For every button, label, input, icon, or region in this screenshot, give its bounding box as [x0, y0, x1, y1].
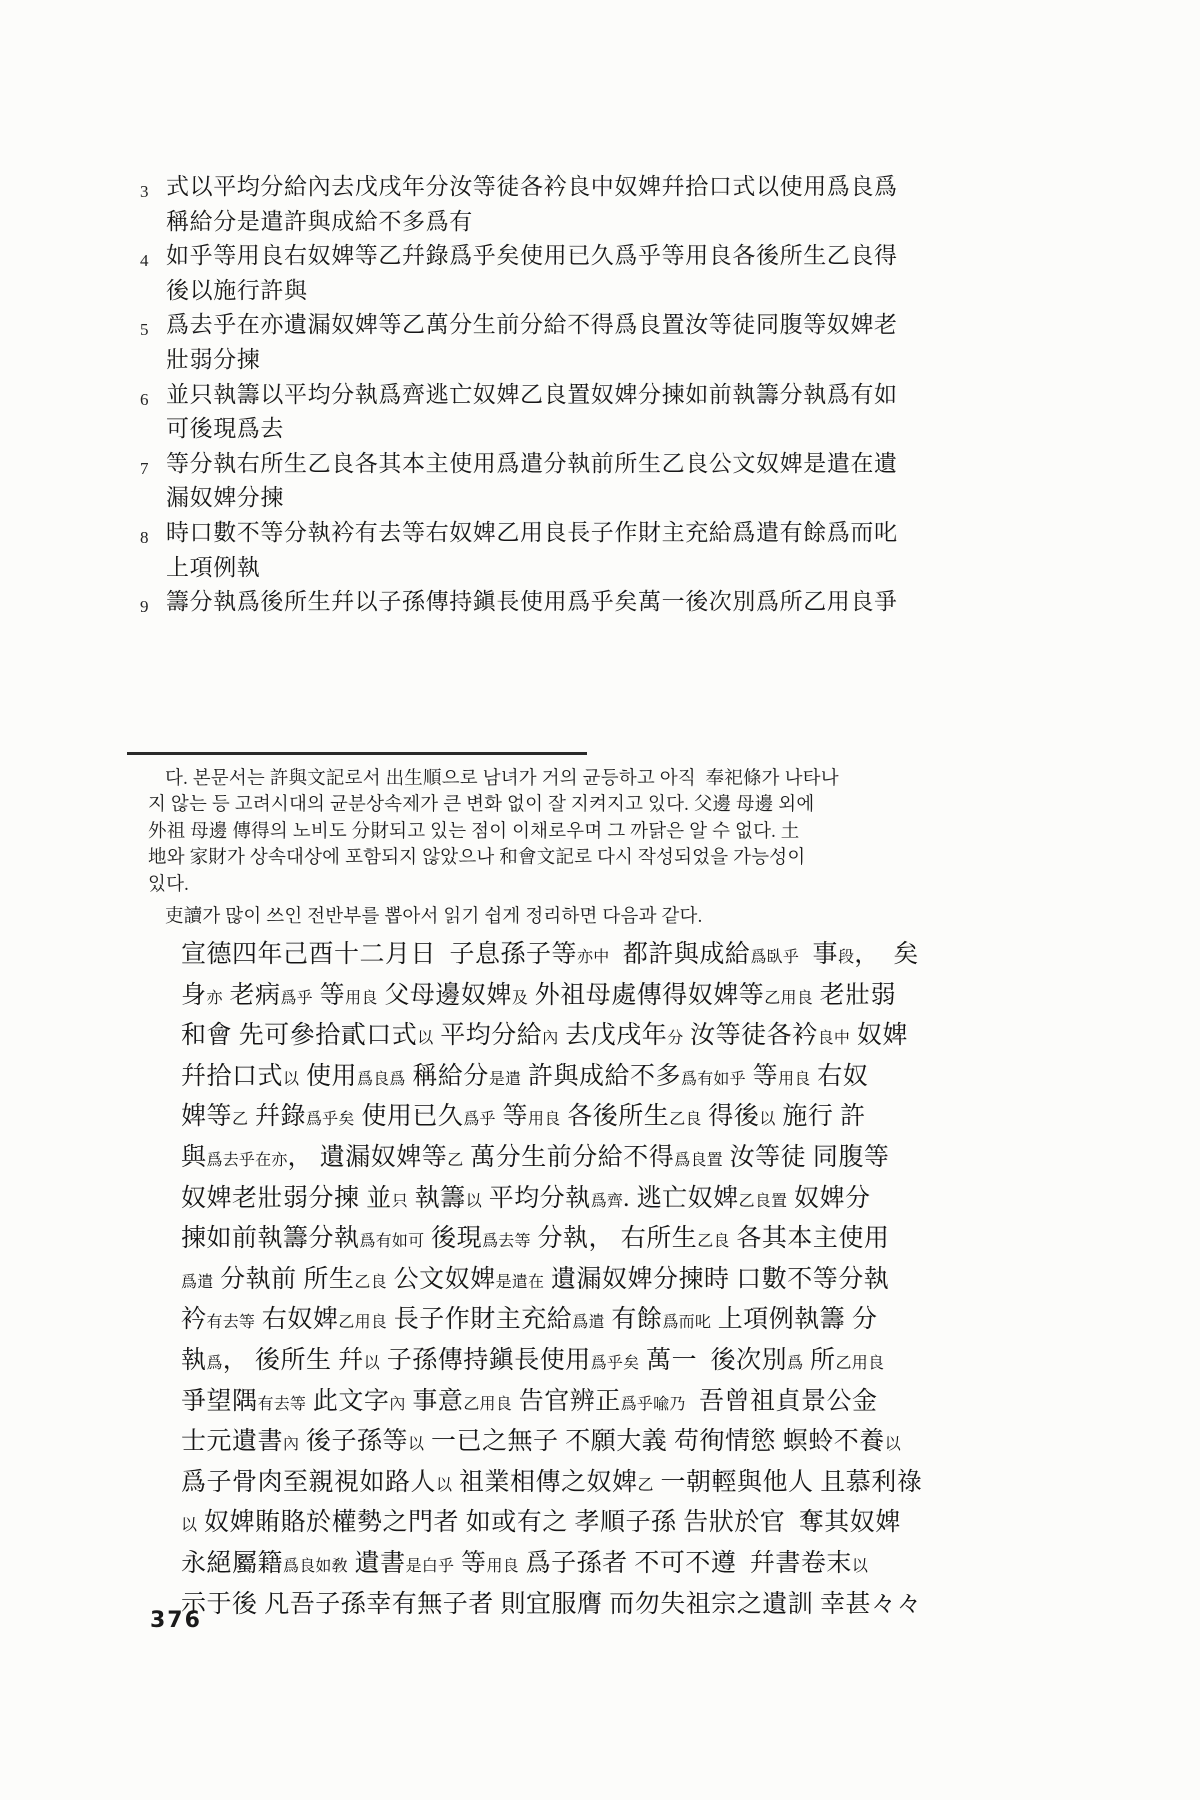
hanja-main-text: 父母邊奴婢 [378, 982, 512, 1009]
hanja-main-text: 外祖母處傳得奴婢等 [528, 982, 764, 1009]
hanja-main-text: 各其本主使用 [730, 1225, 890, 1252]
hanja-main-text: 永絕屬籍 [181, 1550, 283, 1577]
clause-text-line: 可後現爲去 [166, 412, 898, 447]
clause-text-line: 爲去乎在亦遺漏奴婢等乙萬分生前分給不得爲良置汝等徒同腹等奴婢老 [166, 308, 898, 343]
idu-particle-small: 爲齊 [591, 1193, 623, 1210]
clause-text-line: 時口數不等分執衿有去等右奴婢乙用良長子作財主充給爲遣有餘爲而叱 [166, 516, 898, 551]
clause-text: 籌分執爲後所生幷以子孫傳持鎭長使用爲乎矣萬一後次別爲所乙用良爭 [166, 585, 898, 625]
idu-text-line: 爲子骨肉至親視如路人以 祖業相傳之奴婢乙 一朝輕與他人 且慕利祿 [181, 1464, 921, 1505]
idu-text-line: 衿有去等 右奴婢乙用良 長子作財主充給爲遣 有餘爲而叱 上項例執籌 分 [181, 1301, 921, 1342]
clause-text-line: 等分執右所生乙良各其本主使用爲遣分執前所生乙良公文奴婢是遣在遺 [166, 447, 898, 482]
idu-particle-small: 爲去乎在亦 [207, 1152, 288, 1169]
idu-particle-small: 只 [392, 1193, 408, 1210]
hanja-main-text: 等 [313, 982, 345, 1009]
hanja-main-text: 後子孫等 [299, 1428, 408, 1455]
footnote-block: 다. 본문서는 許與文記로서 出生順으로 남녀가 거의 균등하고 아직 奉祀條가… [148, 766, 920, 930]
idu-particle-small: 內 [283, 1436, 299, 1453]
idu-particle-small: 乙良 [697, 1233, 729, 1250]
hanja-main-text: 身 [181, 982, 207, 1009]
hanja-main-text: 施行 許 [776, 1103, 866, 1130]
hanja-main-text: 所 [803, 1347, 835, 1374]
hanja-main-text: 士元遺書 [181, 1428, 283, 1455]
idu-text-line: 與爲去乎在亦， 遺漏奴婢等乙 萬分生前分給不得爲良置 汝等徒 同腹等 [181, 1139, 921, 1180]
idu-particle-small: 爲遣 [181, 1274, 213, 1291]
hanja-main-text: 告官辨正 [512, 1388, 621, 1415]
hanja-main-text: 老病 [223, 982, 281, 1009]
hanja-main-text: 有餘 [605, 1306, 663, 1333]
numbered-clause: 8時口數不等分執衿有去等右奴婢乙用良長子作財主充給爲遣有餘爲而叱上項例執 [140, 516, 930, 585]
scanned-book-page: 3式以平均分給內去戊戌年分汝等徒各衿良中奴婢幷拾口式以使用爲良爲稱給分是遣許與成… [0, 0, 1200, 1800]
hanja-main-text: 一已之無子 不願大義 苟徇情慾 螟蛉不養 [424, 1428, 885, 1455]
clause-text-line: 上項例執 [166, 551, 898, 586]
idu-text-line: 爲遣 分執前 所生乙良 公文奴婢是遣在 遺漏奴婢分揀時 口數不等分執 [181, 1261, 921, 1302]
clause-text: 等分執右所生乙良各其本主使用爲遣分執前所生乙良公文奴婢是遣在遺漏奴婢分揀 [166, 447, 898, 516]
idu-particle-small: 亦中 [577, 949, 609, 966]
clause-text: 式以平均分給內去戊戌年分汝等徒各衿良中奴婢幷拾口式以使用爲良爲稱給分是遣許與成給… [166, 170, 898, 239]
footnote-line: 外祖 母邊 傳得의 노비도 分財되고 있는 점이 이채로우며 그 까닭은 알 수… [148, 819, 920, 845]
hanja-main-text: 使用已久 [355, 1103, 464, 1130]
hanja-main-text: 幷拾口式 [181, 1063, 283, 1090]
idu-particle-small: 以 [759, 1111, 775, 1128]
idu-particle-small: 有去等 [258, 1396, 307, 1413]
idu-particle-small: 內 [389, 1396, 405, 1413]
idu-particle-small: 爲良如敎 [283, 1558, 348, 1575]
hanja-main-text: 上項例執籌 分 [711, 1306, 878, 1333]
hanja-main-text: 使用 [299, 1063, 357, 1090]
hanja-main-text: 右奴 [811, 1063, 869, 1090]
hanja-main-text: 揀如前執籌分執 [181, 1225, 360, 1252]
idu-text-line: 示于後 凡吾子孫幸有無子者 則宜服膺 而勿失祖宗之遺訓 幸甚々々 [181, 1586, 921, 1624]
idu-particle-small: 以 [283, 1071, 299, 1088]
clause-number: 5 [140, 308, 166, 377]
idu-particle-small: 用良 [778, 1071, 810, 1088]
numbered-clause-list: 3式以平均分給內去戊戌年分汝等徒各衿良中奴婢幷拾口式以使用爲良爲稱給分是遣許與成… [140, 170, 930, 625]
hanja-main-text: 與 [181, 1144, 207, 1171]
hanja-main-text: 一朝輕與他人 且慕利祿 [654, 1469, 923, 1496]
hanja-main-text: 爲子孫者 不可不遵 幷書卷末 [519, 1550, 852, 1577]
numbered-clause: 5爲去乎在亦遺漏奴婢等乙萬分生前分給不得爲良置汝等徒同腹等奴婢老壯弱分揀 [140, 308, 930, 377]
idu-particle-small: 爲乎 [463, 1111, 495, 1128]
idu-text-line: 永絕屬籍爲良如敎 遺書是白乎 等用良 爲子孫者 不可不遵 幷書卷末以 [181, 1545, 921, 1586]
clause-number: 9 [140, 585, 166, 625]
hanja-main-text: 和會 先可參拾貳口式 [181, 1022, 417, 1049]
idu-particle-small: 爲 [787, 1355, 803, 1372]
idu-particle-small: 爲良爲 [357, 1071, 406, 1088]
idu-text-line: 和會 先可參拾貳口式以 平均分給內 去戊戌年分 汝等徒各衿良中 奴婢 [181, 1017, 921, 1058]
idu-particle-small: 內 [542, 1030, 558, 1047]
idu-particle-small: 爲乎矣 [591, 1355, 640, 1372]
idu-text-line: 揀如前執籌分執爲有如可 後現爲去等 分執， 右所生乙良 各其本主使用 [181, 1220, 921, 1261]
clause-text-line: 漏奴婢分揀 [166, 481, 898, 516]
idu-text-line: 身亦 老病爲乎 等用良 父母邊奴婢及 外祖母處傳得奴婢等乙用良 老壯弱 [181, 977, 921, 1018]
page-number: 376 [150, 1608, 202, 1633]
idu-particle-small: 是白乎 [406, 1558, 455, 1575]
idu-particle-small: 以 [436, 1477, 452, 1494]
idu-particle-small: 乙良置 [739, 1193, 788, 1210]
idu-text-line: 奴婢老壯弱分揀 並只 執籌以 平均分執爲齊. 逃亡奴婢乙良置 奴婢分 [181, 1180, 921, 1221]
idu-particle-small: 乙用良 [836, 1355, 885, 1372]
idu-particle-small: 乙良 [354, 1274, 386, 1291]
hanja-main-text: 稱給分 [406, 1063, 489, 1090]
hanja-main-text: 平均分給 [433, 1022, 542, 1049]
idu-particle-small: 段 [838, 949, 854, 966]
numbered-clause: 4如乎等用良右奴婢等乙幷錄爲乎矣使用已久爲乎等用良各後所生乙良得後以施行許與 [140, 239, 930, 308]
hanja-main-text: ， 遺漏奴婢等 [288, 1144, 448, 1171]
hanja-main-text: 分執前 所生 [213, 1266, 354, 1293]
hanja-main-text: 去戊戌年 [558, 1022, 667, 1049]
idu-particle-small: 良中 [818, 1030, 850, 1047]
footnote-separator-rule [127, 752, 587, 755]
hanja-main-text: 老壯弱 [813, 982, 896, 1009]
clause-text-line: 如乎等用良右奴婢等乙幷錄爲乎矣使用已久爲乎等用良各後所生乙良得 [166, 239, 898, 274]
idu-particle-small: 爲乎矣 [306, 1111, 355, 1128]
idu-particle-small: 爲去等 [482, 1233, 531, 1250]
idu-text-line: 以 奴婢賄賂於權勢之門者 如或有之 孝順子孫 告狀於官 奪其奴婢 [181, 1504, 921, 1545]
idu-text-line: 執爲， 後所生 幷以 子孫傳持鎭長使用爲乎矣 萬一 後次別爲 所乙用良 [181, 1342, 921, 1383]
idu-text-line: 婢等乙 幷錄爲乎矣 使用已久爲乎 等用良 各後所生乙良 得後以 施行 許 [181, 1098, 921, 1139]
hanja-main-text: 遺書 [348, 1550, 406, 1577]
idu-particle-small: 爲有如可 [360, 1233, 425, 1250]
hanja-main-text: 公文奴婢 [387, 1266, 496, 1293]
hanja-main-text: ， 後所生 幷 [223, 1347, 364, 1374]
idu-particle-small: 乙 [447, 1152, 463, 1169]
idu-particle-small: 爲而叱 [662, 1314, 711, 1331]
hanja-main-text: 等 [746, 1063, 778, 1090]
clause-text: 如乎等用良右奴婢等乙幷錄爲乎矣使用已久爲乎等用良各後所生乙良得後以施行許與 [166, 239, 898, 308]
hanja-main-text: 執 [181, 1347, 207, 1374]
hanja-main-text: 遺漏奴婢分揀時 口數不等分執 [544, 1266, 889, 1293]
idu-particle-small: 爲有如乎 [681, 1071, 746, 1088]
clause-text-line: 籌分執爲後所生幷以子孫傳持鎭長使用爲乎矣萬一後次別爲所乙用良爭 [166, 585, 898, 620]
clause-text: 爲去乎在亦遺漏奴婢等乙萬分生前分給不得爲良置汝等徒同腹等奴婢老壯弱分揀 [166, 308, 898, 377]
idu-text-line: 士元遺書內 後子孫等以 一已之無子 不願大義 苟徇情慾 螟蛉不養以 [181, 1423, 921, 1464]
numbered-clause: 7等分執右所生乙良各其本主使用爲遣分執前所生乙良公文奴婢是遣在遺漏奴婢分揀 [140, 447, 930, 516]
transcription-intro-line: 吏讀가 많이 쓰인 전반부를 뽑아서 읽기 쉽게 정리하면 다음과 같다. [165, 904, 920, 930]
idu-particle-small: 以 [466, 1193, 482, 1210]
hanja-main-text: 事意 [406, 1388, 464, 1415]
idu-particle-small: 乙用良 [764, 990, 813, 1007]
hanja-main-text: 汝等徒 同腹等 [723, 1144, 890, 1171]
idu-particle-small: 爲乎喩乃 [621, 1396, 686, 1413]
idu-particle-small: 爲良置 [674, 1152, 723, 1169]
clause-text: 時口數不等分執衿有去等右奴婢乙用良長子作財主充給爲遣有餘爲而叱上項例執 [166, 516, 898, 585]
hanja-main-text: 婢等 [181, 1103, 232, 1130]
hanja-main-text: 平均分執 [482, 1185, 591, 1212]
idu-particle-small: 是遣在 [496, 1274, 545, 1291]
hanja-main-text: 長子作財主充給 [387, 1306, 572, 1333]
idu-particle-small: 爲乎 [280, 990, 312, 1007]
hanja-main-text: 事 [799, 941, 838, 968]
idu-particle-small: 用良 [486, 1558, 518, 1575]
idu-particle-small: 乙用良 [463, 1396, 512, 1413]
hanja-main-text: 奴婢老壯弱分揀 並 [181, 1185, 392, 1212]
clause-number: 6 [140, 378, 166, 447]
idu-particle-small: 乙良 [669, 1111, 701, 1128]
idu-transcription-block: 宣德四年己酉十二月日 子息孫子等亦中 都許與成給爲臥乎 事段， 矣身亦 老病爲乎… [181, 936, 921, 1623]
hanja-main-text: 萬分生前分給不得 [464, 1144, 675, 1171]
hanja-main-text: 許與成給不多 [521, 1063, 681, 1090]
idu-particle-small: 爲臥乎 [750, 949, 799, 966]
hanja-main-text: ， 矣 [854, 941, 919, 968]
idu-particle-small: 用良 [345, 990, 377, 1007]
idu-particle-small: 以 [181, 1517, 197, 1534]
hanja-main-text: 萬一 後次別 [639, 1347, 787, 1374]
clause-number: 3 [140, 170, 166, 239]
idu-particle-small: 以 [852, 1558, 868, 1575]
hanja-main-text: 示于後 凡吾子孫幸有無子者 則宜服膺 而勿失祖宗之遺訓 幸甚々々 [181, 1591, 922, 1618]
hanja-main-text: 執籌 [408, 1185, 466, 1212]
hanja-main-text: 等 [454, 1550, 486, 1577]
idu-particle-small: 以 [417, 1030, 433, 1047]
clause-number: 8 [140, 516, 166, 585]
idu-particle-small: 用良 [528, 1111, 560, 1128]
hanja-main-text: 子孫傳持鎭長使用 [380, 1347, 591, 1374]
hanja-main-text: 後現 [424, 1225, 482, 1252]
idu-text-line: 宣德四年己酉十二月日 子息孫子等亦中 都許與成給爲臥乎 事段， 矣 [181, 936, 921, 977]
idu-particle-small: 分 [667, 1030, 683, 1047]
idu-particle-small: 以 [885, 1436, 901, 1453]
clause-number: 4 [140, 239, 166, 308]
idu-particle-small: 以 [364, 1355, 380, 1372]
idu-text-line: 爭望隅有去等 此文字內 事意乙用良 告官辨正爲乎喩乃 吾曾祖貞景公金 [181, 1383, 921, 1424]
hanja-main-text: 爲子骨肉至親視如路人 [181, 1469, 436, 1496]
clause-text: 並只執籌以平均分執爲齊逃亡奴婢乙良置奴婢分揀如前執籌分執爲有如可後現爲去 [166, 378, 898, 447]
numbered-clause: 9籌分執爲後所生幷以子孫傳持鎭長使用爲乎矣萬一後次別爲所乙用良爭 [140, 585, 930, 625]
clause-text-line: 後以施行許與 [166, 274, 898, 309]
hanja-main-text: 分執， 右所生 [531, 1225, 698, 1252]
footnote-line: 다. 본문서는 許與文記로서 出生順으로 남녀가 거의 균등하고 아직 奉祀條가… [165, 766, 920, 792]
idu-particle-small: 爲遣 [572, 1314, 604, 1331]
idu-particle-small: 以 [408, 1436, 424, 1453]
hanja-main-text: 都許與成給 [609, 941, 750, 968]
hanja-main-text: 祖業相傳之奴婢 [452, 1469, 637, 1496]
idu-particle-small: 是遣 [489, 1071, 521, 1088]
hanja-main-text: 等 [496, 1103, 528, 1130]
clause-number: 7 [140, 447, 166, 516]
hanja-main-text: 右奴婢 [255, 1306, 338, 1333]
numbered-clause: 6並只執籌以平均分執爲齊逃亡奴婢乙良置奴婢分揀如前執籌分執爲有如可後現爲去 [140, 378, 930, 447]
clause-text-line: 式以平均分給內去戊戌年分汝等徒各衿良中奴婢幷拾口式以使用爲良爲 [166, 170, 898, 205]
idu-particle-small: 乙 [637, 1477, 653, 1494]
numbered-clause: 3式以平均分給內去戊戌年分汝等徒各衿良中奴婢幷拾口式以使用爲良爲稱給分是遣許與成… [140, 170, 930, 239]
clause-text-line: 壯弱分揀 [166, 343, 898, 378]
idu-particle-small: 爲 [207, 1355, 223, 1372]
hanja-main-text: 奴婢賄賂於權勢之門者 如或有之 孝順子孫 告狀於官 奪其奴婢 [197, 1509, 901, 1536]
footnote-line: 있다. [148, 872, 920, 898]
hanja-main-text: 此文字 [306, 1388, 389, 1415]
hanja-main-text: 奴婢 [850, 1022, 908, 1049]
hanja-main-text: 衿 [181, 1306, 207, 1333]
hanja-main-text: 幷錄 [248, 1103, 306, 1130]
idu-text-line: 幷拾口式以 使用爲良爲 稱給分是遣 許與成給不多爲有如乎 等用良 右奴 [181, 1058, 921, 1099]
clause-text-line: 稱給分是遣許與成給不多爲有 [166, 205, 898, 240]
hanja-main-text: 汝等徒各衿 [683, 1022, 817, 1049]
hanja-main-text: 奴婢分 [787, 1185, 870, 1212]
idu-particle-small: 有去等 [207, 1314, 256, 1331]
hanja-main-text: . 逃亡奴婢 [623, 1185, 739, 1212]
footnote-line: 지 않는 등 고려시대의 균분상속제가 큰 변화 없이 잘 지켜지고 있다. 父… [148, 792, 920, 818]
idu-particle-small: 亦 [207, 990, 223, 1007]
hanja-main-text: 各後所生 [560, 1103, 669, 1130]
hanja-main-text: 爭望隅 [181, 1388, 258, 1415]
hanja-main-text: 得後 [702, 1103, 760, 1130]
idu-particle-small: 乙 [232, 1111, 248, 1128]
clause-text-line: 並只執籌以平均分執爲齊逃亡奴婢乙良置奴婢分揀如前執籌分執爲有如 [166, 378, 898, 413]
footnote-line: 地와 家財가 상속대상에 포함되지 않았으나 和會文記로 다시 작성되었을 가능… [148, 845, 920, 871]
idu-particle-small: 乙用良 [338, 1314, 387, 1331]
hanja-main-text: 宣德四年己酉十二月日 子息孫子等 [181, 941, 577, 968]
hanja-main-text: 吾曾祖貞景公金 [686, 1388, 878, 1415]
idu-particle-small: 及 [512, 990, 528, 1007]
